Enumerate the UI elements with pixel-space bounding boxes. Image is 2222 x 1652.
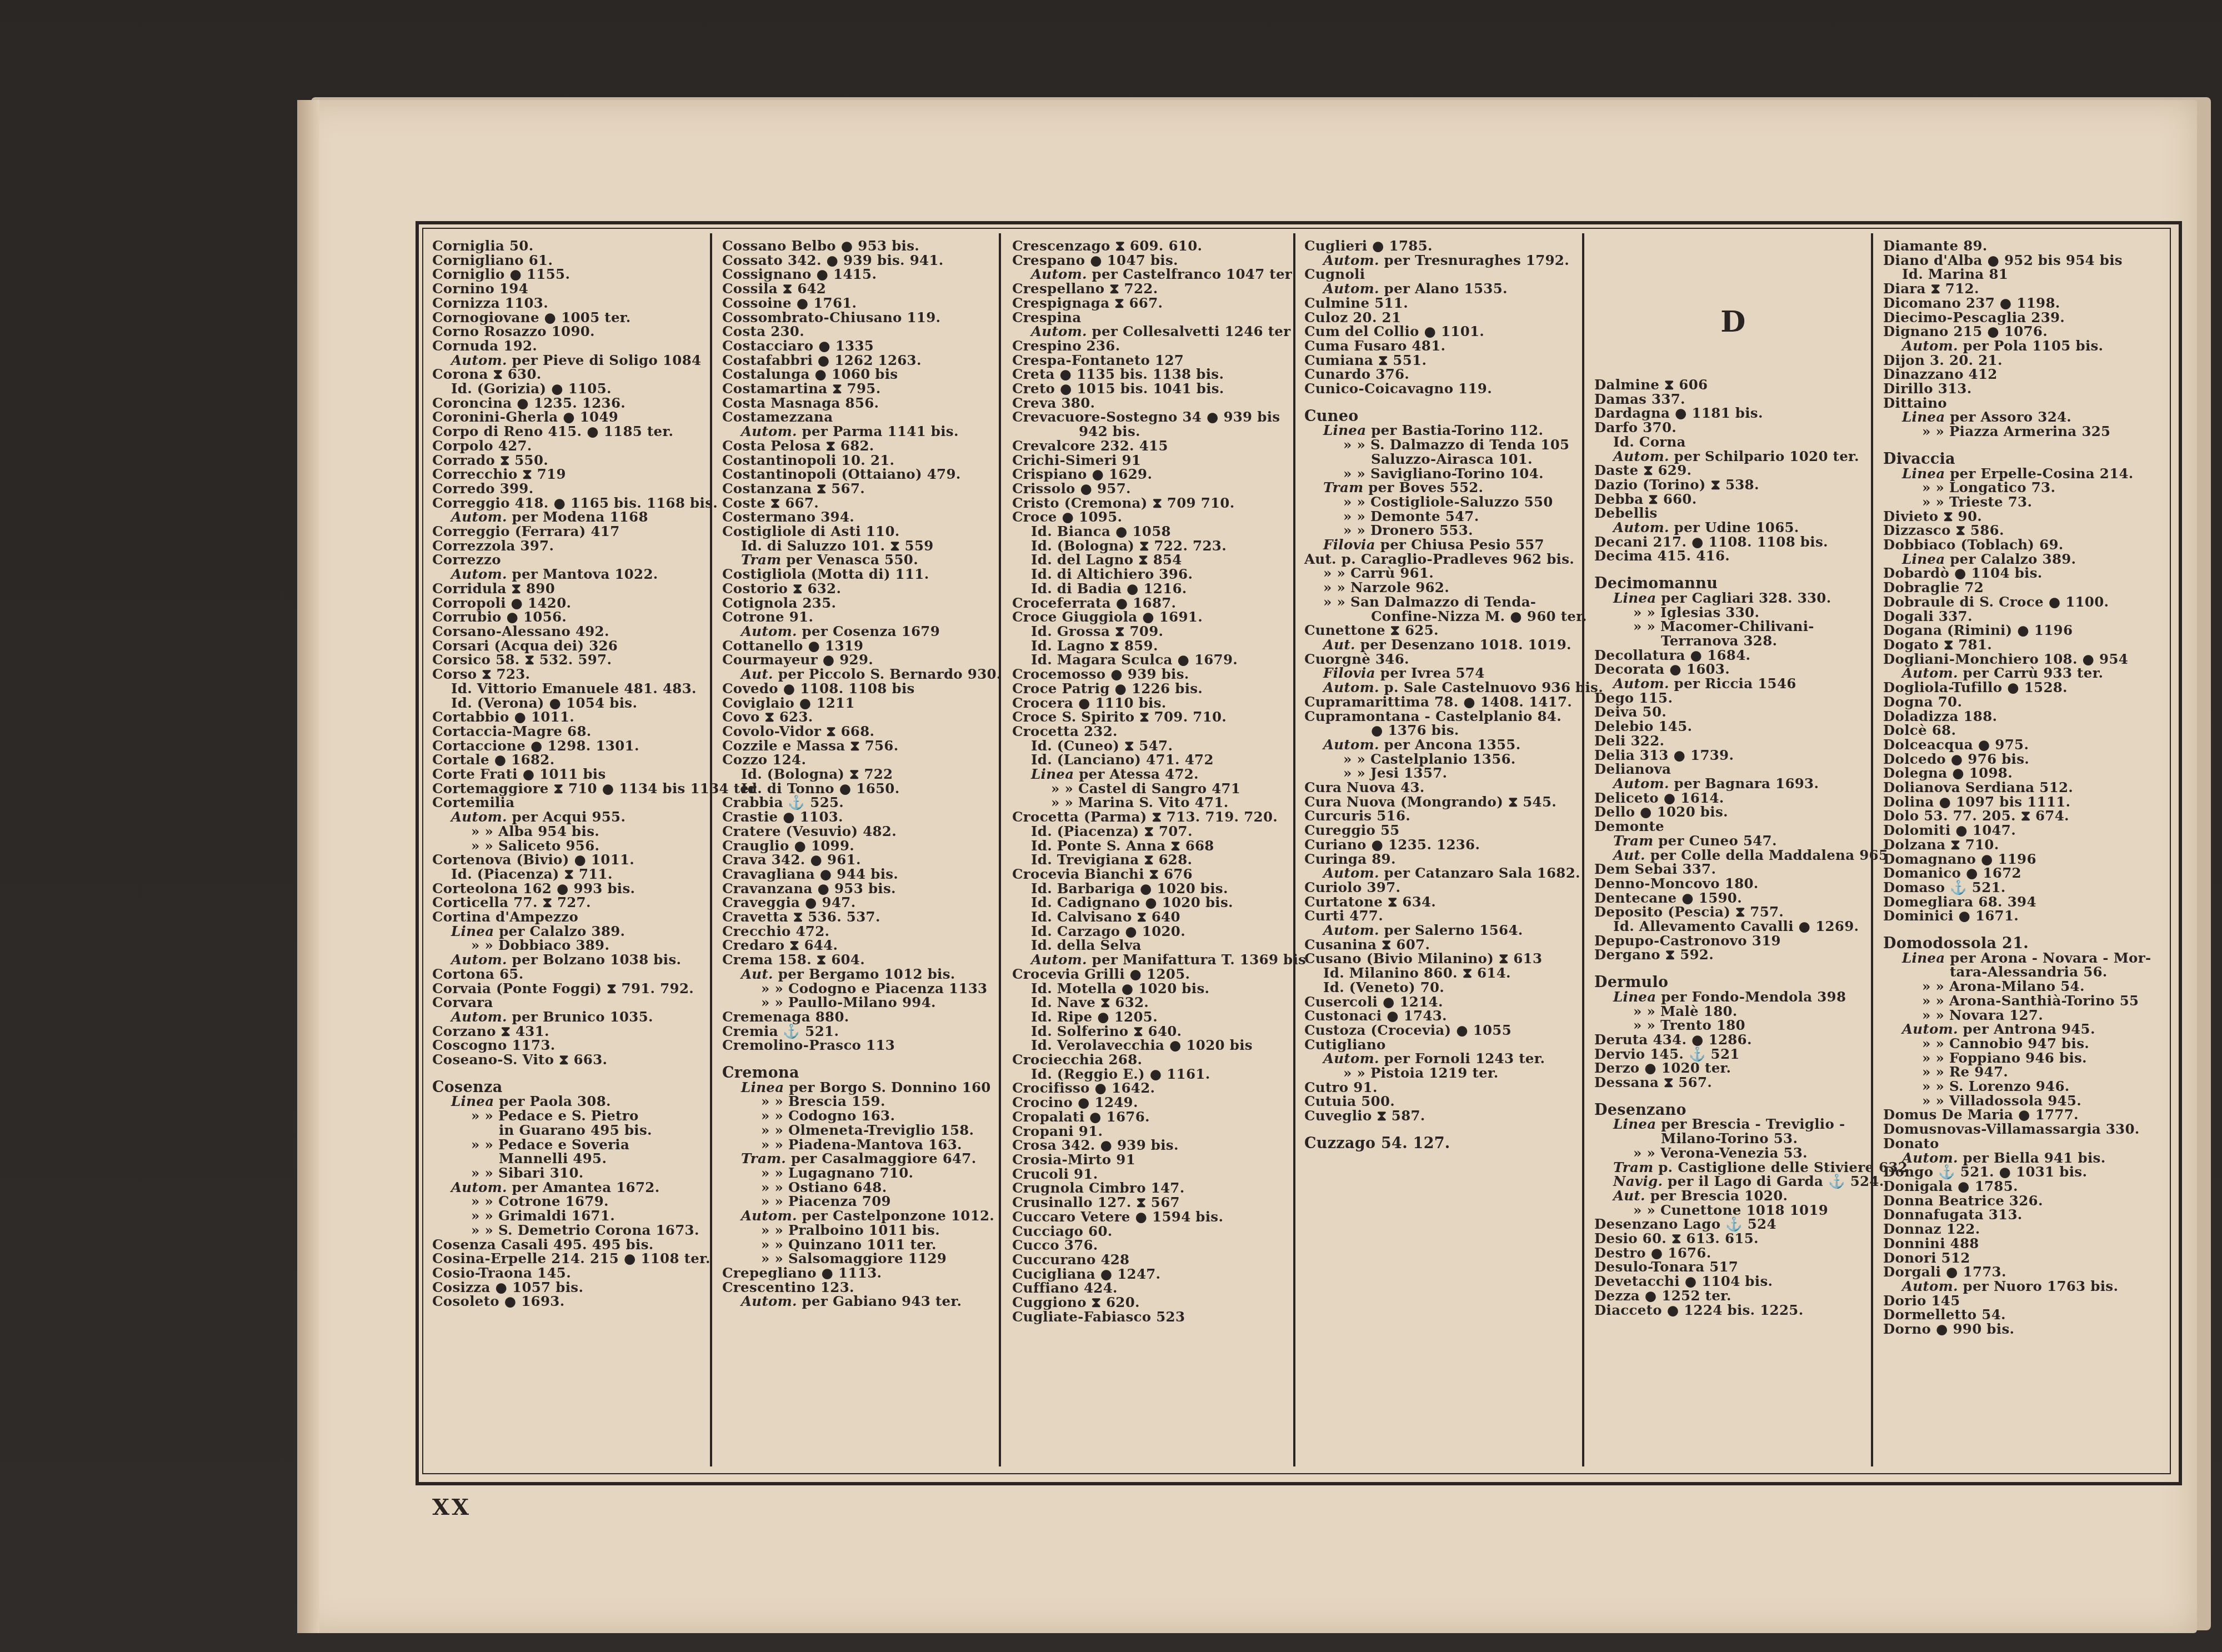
index-entry: Domusnovas-Villamassargia 330.	[1883, 1122, 2161, 1137]
transport-type-label: Tram	[1323, 479, 1363, 495]
index-entry: Crepegliano ● 1113.	[722, 1266, 1000, 1280]
index-continuation: 942 bis.	[1012, 424, 1290, 439]
index-entry: Crocetta 232.	[1012, 724, 1290, 739]
index-entry: Deruta 434. ● 1286.	[1594, 1033, 1872, 1047]
index-entry: Crucoli 91.	[1012, 1167, 1290, 1182]
index-subentry: » » Costigliole-Saluzzo 550	[1304, 495, 1582, 509]
index-subentry: Id. (Gorizia) ● 1105.	[432, 382, 710, 396]
index-entry: Dolcè 68.	[1883, 723, 2161, 738]
index-entry: Dijon 3. 20. 21.	[1883, 353, 2161, 368]
index-entry: Creta ● 1135 bis. 1138 bis.	[1012, 367, 1290, 382]
index-subentry: » » Cotrone 1679.	[432, 1194, 710, 1209]
section-heading: Dermulo	[1594, 975, 1872, 990]
transport-type-label: Autom.	[1613, 675, 1669, 692]
index-entry: Covedo ● 1108. 1108 bis	[722, 682, 1000, 696]
index-subentry: Id. Cadignano ● 1020 bis.	[1012, 895, 1290, 910]
index-entry: Covolo-Vidor ⧗ 668.	[722, 724, 1000, 739]
index-entry: Cortaccia-Magre 68.	[432, 724, 710, 739]
index-subentry: Autom. per Gabiano 943 ter.	[722, 1294, 1000, 1309]
transport-type-label: Autom.	[451, 1179, 507, 1195]
index-entry: Donigala ● 1785.	[1883, 1179, 2161, 1194]
index-entry: Denno-Moncovo 180.	[1594, 877, 1872, 891]
index-subentry: Autom. per Udine 1065.	[1594, 520, 1872, 535]
index-entry: Cutigliano	[1304, 1038, 1582, 1052]
index-entry: Corpo di Reno 415. ● 1185 ter.	[432, 424, 710, 439]
transport-type-label: Linea	[1323, 422, 1366, 438]
index-entry: Decollatura ● 1684.	[1594, 648, 1872, 663]
transport-type-label: Autom.	[1902, 338, 1958, 354]
index-entry: Cremolino-Prasco 113	[722, 1038, 1000, 1053]
index-entry: Cupramarittima 78. ● 1408. 1417.	[1304, 695, 1582, 709]
index-entry: Costantinopoli (Ottaiano) 479.	[722, 467, 1000, 482]
index-subentry: Linea per Calalzo 389.	[1883, 552, 2161, 567]
index-entry: Dentecane ● 1590.	[1594, 891, 1872, 905]
index-entry: Cum del Collio ● 1101.	[1304, 324, 1582, 339]
index-entry: Coste ⧗ 667.	[722, 496, 1000, 510]
index-entry: Crusinallo 127. ⧗ 567	[1012, 1195, 1290, 1210]
index-entry: Cottanello ● 1319	[722, 639, 1000, 653]
index-entry: Corropoli ● 1420.	[432, 596, 710, 610]
index-subentry: » » Savigliano-Torino 104.	[1304, 467, 1582, 481]
index-entry: Crocetta (Parma) ⧗ 713. 719. 720.	[1012, 810, 1290, 824]
index-entry: Crocevia Grilli ● 1205.	[1012, 967, 1290, 982]
index-entry: Custoza (Crocevia) ● 1055	[1304, 1023, 1582, 1038]
index-entry: Crecchio 472.	[722, 924, 1000, 939]
index-entry: Cozzo 124.	[722, 753, 1000, 767]
index-subentry: » » Cannobio 947 bis.	[1883, 1037, 2161, 1051]
index-entry: Dogana (Rimini) ● 1196	[1883, 623, 2161, 638]
transport-type-label: Autom.	[1323, 922, 1379, 938]
index-subentry: » » Saliceto 956.	[432, 839, 710, 853]
transport-type-label: Linea	[451, 1093, 494, 1109]
index-entry: Dogna 70.	[1883, 695, 2161, 709]
index-entry: Dizzasco ⧗ 586.	[1883, 523, 2161, 538]
index-subentry: Id. di Tonno ● 1650.	[722, 782, 1000, 796]
index-column-6: Diamante 89.Diano d'Alba ● 952 bis 954 b…	[1883, 239, 2161, 1461]
index-subentry: » » Marina S. Vito 471.	[1012, 795, 1290, 810]
index-subentry: Linea per Calalzo 389.	[432, 924, 710, 939]
index-entry: Cusano (Bivio Milanino) ⧗ 613	[1304, 952, 1582, 966]
transport-type-label: Tram.	[741, 1150, 786, 1167]
index-subentry: » » Jesi 1357.	[1304, 766, 1582, 780]
index-entry: Coscogno 1173.	[432, 1038, 710, 1053]
index-entry: Delebio 145.	[1594, 719, 1872, 734]
transport-type-label: Tram	[1613, 1159, 1653, 1175]
index-entry: Corno Rosazzo 1090.	[432, 324, 710, 339]
index-entry: Dego 115.	[1594, 691, 1872, 705]
index-subentry: » » Brescia 159.	[722, 1094, 1000, 1109]
index-entry: Costalunga ● 1060 bis	[722, 367, 1000, 382]
index-entry: Dobbiaco (Toblach) 69.	[1883, 538, 2161, 552]
transport-type-label: Aut.	[1613, 847, 1645, 863]
index-subentry: Autom. per Salerno 1564.	[1304, 923, 1582, 938]
index-entry: Cornigliano 61.	[432, 253, 710, 268]
index-entry: Domanico ● 1672	[1883, 866, 2161, 880]
index-subentry: Id. Nave ⧗ 632.	[1012, 995, 1290, 1010]
index-entry: Costa Masnaga 856.	[722, 396, 1000, 411]
index-entry: Corvaia (Ponte Foggi) ⧗ 791. 792.	[432, 982, 710, 996]
index-subentry: Autom. per Brunico 1035.	[432, 1010, 710, 1024]
index-entry: Dignano 215 ● 1076.	[1883, 324, 2161, 339]
index-subentry: Autom. per Schilpario 1020 ter.	[1594, 449, 1872, 464]
index-column-4: Cuglieri ● 1785.Autom. per Tresnuraghes …	[1304, 239, 1582, 1461]
index-entry: Desulo-Tonara 517	[1594, 1260, 1872, 1274]
index-entry: Corsari (Acqua dei) 326	[432, 639, 710, 653]
index-entry: Corte Frati ● 1011 bis	[432, 767, 710, 782]
index-entry: Cropalati ● 1676.	[1012, 1110, 1290, 1124]
index-entry: Diano d'Alba ● 952 bis 954 bis	[1883, 253, 2161, 268]
index-entry: Dicomano 237 ● 1198.	[1883, 296, 2161, 311]
index-subentry: » » Lugagnano 710.	[722, 1166, 1000, 1180]
transport-type-label: Autom.	[1323, 281, 1379, 297]
index-entry: Dobraglie 72	[1883, 580, 2161, 595]
index-subentry: » » Codogno 163.	[722, 1109, 1000, 1123]
transport-type-label: Autom.	[1902, 665, 1958, 681]
index-entry: Domus De Maria ● 1777.	[1883, 1108, 2161, 1122]
index-entry: Dessana ⧗ 567.	[1594, 1075, 1872, 1090]
index-subentry: Id. (Lanciano) 471. 472	[1012, 753, 1290, 767]
index-entry: Crauglio ● 1099.	[722, 839, 1000, 853]
index-entry: Cosina-Erpelle 214. 215 ● 1108 ter.	[432, 1251, 710, 1266]
index-entry: Costigliola (Motta di) 111.	[722, 567, 1000, 582]
index-entry: Cortenova (Bivio) ● 1011.	[432, 853, 710, 867]
index-subentry: Id. Grossa ⧗ 709.	[1012, 624, 1290, 639]
transport-type-label: Linea	[1031, 766, 1074, 782]
index-entry: Croce S. Spirito ⧗ 709. 710.	[1012, 710, 1290, 724]
index-subentry: » » Re 947.	[1883, 1065, 2161, 1079]
index-subentry: Aut. per Brescia 1020.	[1594, 1189, 1872, 1203]
transport-type-label: Autom.	[1031, 952, 1087, 968]
transport-type-label: Aut.	[741, 666, 773, 682]
section-heading: Decimomannu	[1594, 577, 1872, 591]
index-subentry: » » San Dalmazzo di Tenda-	[1304, 595, 1582, 609]
index-subentry: Id. della Selva	[1012, 938, 1290, 953]
index-entry: Creto ● 1015 bis. 1041 bis.	[1012, 382, 1290, 396]
index-entry: Cureggio 55	[1304, 823, 1582, 838]
index-entry: Dogato ⧗ 781.	[1883, 638, 2161, 652]
index-entry: Debellis	[1594, 506, 1872, 520]
index-entry: Destro ● 1676.	[1594, 1246, 1872, 1260]
index-entry: Cuma Fusaro 481.	[1304, 339, 1582, 353]
index-continuation: in Guarano 495 bis.	[432, 1123, 710, 1138]
index-entry: Covo ⧗ 623.	[722, 710, 1000, 724]
index-entry: Crespina	[1012, 311, 1290, 325]
index-subentry: » » Castel di Sangro 471	[1012, 782, 1290, 796]
section-heading: Desenzano	[1594, 1103, 1872, 1118]
index-entry: Cossombrato-Chiusano 119.	[722, 311, 1000, 325]
index-column-2: Cossano Belbo ● 953 bis.Cossato 342. ● 9…	[722, 239, 1000, 1461]
index-subentry: Autom. per Biella 941 bis.	[1883, 1151, 2161, 1165]
index-subentry: Filovia per Ivrea 574	[1304, 666, 1582, 680]
index-entry: Dalmine ⧗ 606	[1594, 378, 1872, 392]
index-entry: Corona ⧗ 630.	[432, 367, 710, 382]
index-entry: Custonaci ● 1743.	[1304, 1009, 1582, 1023]
index-entry: Cratere (Vesuvio) 482.	[722, 824, 1000, 839]
transport-type-label: Autom.	[1323, 737, 1379, 753]
index-entry: Dongo ⚓ 521. ● 1031 bis.	[1883, 1165, 2161, 1179]
index-entry: Decani 217. ● 1108. 1108 bis.	[1594, 535, 1872, 549]
index-entry: Costanzana ⧗ 567.	[722, 482, 1000, 496]
transport-type-label: Aut.	[1323, 637, 1355, 653]
index-subentry: Autom. per Bagnara 1693.	[1594, 777, 1872, 791]
transport-type-label: Autom.	[451, 952, 507, 968]
index-subentry: » » Arona-Santhià-Torino 55	[1883, 994, 2161, 1008]
index-subentry: » » Villadossola 945.	[1883, 1094, 2161, 1108]
index-subentry: Tram per Venasca 550.	[722, 553, 1000, 567]
index-entry: Dezza ● 1252 ter.	[1594, 1289, 1872, 1303]
index-entry: Cossignano ● 1415.	[722, 267, 1000, 282]
index-entry: Corzano ⧗ 431.	[432, 1024, 710, 1039]
index-entry: Croceferrata ● 1687.	[1012, 596, 1290, 610]
index-entry: Crastie ● 1103.	[722, 810, 1000, 824]
index-subentry: Aut. per Bergamo 1012 bis.	[722, 967, 1000, 982]
index-subentry: » » Verona-Venezia 53.	[1594, 1146, 1872, 1160]
index-entry: Cravanzana ● 953 bis.	[722, 882, 1000, 896]
index-subentry: » » Demonte 547.	[1304, 509, 1582, 524]
index-entry: Cravetta ⧗ 536. 537.	[722, 910, 1000, 924]
index-entry: Crespino 236.	[1012, 339, 1290, 353]
index-subentry: Tram. per Casalmaggiore 647.	[722, 1152, 1000, 1166]
index-entry: Cortabbio ● 1011.	[432, 710, 710, 724]
index-entry: Aut. p. Caraglio-Pradleves 962 bis.	[1304, 552, 1582, 567]
index-entry: Curti 477.	[1304, 909, 1582, 923]
section-heading: Cremona	[722, 1066, 1000, 1080]
index-entry: Crocera ● 1110 bis.	[1012, 696, 1290, 710]
index-entry: Crociecchia 268.	[1012, 1053, 1290, 1067]
index-entry: Dittaino	[1883, 396, 2161, 411]
index-subentry: Autom. per Castelponzone 1012.	[722, 1209, 1000, 1223]
index-subentry: » » Piazza Armerina 325	[1883, 424, 2161, 439]
index-subentry: » » S. Dalmazzo di Tenda 105	[1304, 438, 1582, 452]
index-entry: Crocino ● 1249.	[1012, 1095, 1290, 1110]
transport-type-label: Linea	[1613, 989, 1656, 1005]
index-entry: Cugnoli	[1304, 267, 1582, 282]
index-subentry: Autom. per Bolzano 1038 bis.	[432, 953, 710, 967]
index-entry: Costigliole di Asti 110.	[722, 524, 1000, 539]
index-subentry: Id. di Badia ● 1216.	[1012, 582, 1290, 596]
transport-type-label: Tram	[741, 552, 781, 568]
index-subentry: » » Piadena-Mantova 163.	[722, 1138, 1000, 1152]
index-subentry: Id. Ripe ● 1205.	[1012, 1010, 1290, 1024]
index-subentry: Linea per Fondo-Mendola 398	[1594, 990, 1872, 1004]
index-entry: Costermano 394.	[722, 510, 1000, 524]
index-entry: Correzzo	[432, 553, 710, 567]
index-entry: Dominici ● 1671.	[1883, 909, 2161, 923]
index-entry: Donnini 488	[1883, 1237, 2161, 1251]
index-subentry: Linea per Borgo S. Donnino 160	[722, 1080, 1000, 1095]
index-entry: Cortemaggiore ⧗ 710 ● 1134 bis 1134 ter	[432, 782, 710, 796]
index-entry: Cozzile e Massa ⧗ 756.	[722, 739, 1000, 753]
index-subentry: Autom. per Antrona 945.	[1883, 1022, 2161, 1037]
index-entry: Curcuris 516.	[1304, 809, 1582, 823]
index-entry: Cucigliana ● 1247.	[1012, 1267, 1290, 1281]
index-entry: Cossato 342. ● 939 bis. 941.	[722, 253, 1000, 268]
index-continuation: tara-Alessandria 56.	[1883, 965, 2161, 979]
index-entry: Crugnola Cimbro 147.	[1012, 1181, 1290, 1195]
index-subentry: Id. Barbariga ● 1020 bis.	[1012, 882, 1290, 896]
index-entry: Dardagna ● 1181 bis.	[1594, 406, 1872, 420]
index-entry: Cucciago 60.	[1012, 1224, 1290, 1239]
index-subentry: » » Piacenza 709	[722, 1194, 1000, 1209]
transport-type-label: Autom.	[451, 352, 507, 368]
index-entry: Dinazzano 412	[1883, 367, 2161, 382]
index-entry: Domaso ⚓ 521.	[1883, 880, 2161, 895]
index-entry: Crespignaga ⧗ 667.	[1012, 296, 1290, 311]
index-entry: Dazio (Torino) ⧗ 538.	[1594, 478, 1872, 492]
index-subentry: » » Castelplanio 1356.	[1304, 752, 1582, 767]
index-entry: Desenzano Lago ⚓ 524	[1594, 1217, 1872, 1232]
index-subentry: Tram per Cuneo 547.	[1594, 834, 1872, 848]
index-entry: Crespano ● 1047 bis.	[1012, 253, 1290, 268]
transport-type-label: Autom.	[1031, 266, 1087, 282]
index-entry: Crescentino 123.	[722, 1280, 1000, 1295]
index-subentry: Id. Allevamento Cavalli ● 1269.	[1594, 919, 1872, 934]
section-heading: Cosenza	[432, 1080, 710, 1095]
index-entry: Diara ⧗ 712.	[1883, 282, 2161, 296]
index-entry: Cotignola 235.	[722, 596, 1000, 610]
index-entry: Coviglaio ● 1211	[722, 696, 1000, 710]
index-entry: Dolegna ● 1098.	[1883, 766, 2161, 780]
index-subentry: » » Trento 180	[1594, 1018, 1872, 1033]
index-entry: Diacceto ● 1224 bis. 1225.	[1594, 1303, 1872, 1318]
index-entry: Dolianova Serdiana 512.	[1883, 780, 2161, 795]
index-entry: Crema 158. ⧗ 604.	[722, 953, 1000, 967]
transport-type-label: Autom.	[1323, 865, 1379, 881]
index-continuation: Confine-Nizza M. ● 960 ter.	[1304, 609, 1582, 624]
page-left-edge	[297, 100, 319, 1633]
index-entry: Corteolona 162 ● 993 bis.	[432, 882, 710, 896]
index-subentry: » » Pedace e S. Pietro	[432, 1109, 710, 1123]
index-entry: Delianova	[1594, 762, 1872, 777]
index-subentry: Linea per Paola 308.	[432, 1094, 710, 1109]
index-entry: Crescenzago ⧗ 609. 610.	[1012, 239, 1290, 253]
index-entry: Debba ⧗ 660.	[1594, 492, 1872, 507]
index-subentry: Navig. per il Lago di Garda ⚓ 524.	[1594, 1174, 1872, 1189]
index-entry: Corsico 58. ⧗ 532. 597.	[432, 653, 710, 667]
index-entry: Costacciaro ● 1335	[722, 339, 1000, 353]
index-entry: Cosizza ● 1057 bis.	[432, 1280, 710, 1295]
index-entry: Cotrone 91.	[722, 610, 1000, 624]
index-subentry: Aut. per Desenzano 1018. 1019.	[1304, 638, 1582, 652]
index-entry: Corvara	[432, 995, 710, 1010]
index-entry: Divieto ⧗ 90.	[1883, 509, 2161, 524]
transport-type-label: Autom.	[741, 423, 797, 439]
index-subentry: » » Longatico 73.	[1883, 480, 2161, 495]
index-entry: Donato	[1883, 1137, 2161, 1151]
transport-type-label: Linea	[1902, 950, 1945, 966]
index-subentry: Linea per Bastia-Torino 112.	[1304, 423, 1582, 438]
index-entry: Crichi-Simeri 91	[1012, 453, 1290, 468]
index-entry: Culoz 20. 21	[1304, 311, 1582, 325]
index-entry: Dormelletto 54.	[1883, 1308, 2161, 1322]
index-entry: Croce Giuggiola ● 1691.	[1012, 610, 1290, 624]
column-divider	[1582, 233, 1584, 1466]
index-subentry: Linea per Brescia - Treviglio -	[1594, 1117, 1872, 1132]
index-entry: Coronini-Gherla ● 1049	[432, 410, 710, 424]
index-entry: Dolina ● 1097 bis 1111.	[1883, 795, 2161, 809]
index-entry: Demonte	[1594, 819, 1872, 834]
index-subentry: Autom. per Carrù 933 ter.	[1883, 666, 2161, 680]
index-subentry: » » S. Lorenzo 946.	[1883, 1079, 2161, 1094]
index-entry: Dogliani-Monchiero 108. ● 954	[1883, 652, 2161, 667]
index-entry: Crava 342. ● 961.	[722, 853, 1000, 867]
index-subentry: » » Foppiano 946 bis.	[1883, 1051, 2161, 1065]
section-heading: Domodossola 21.	[1883, 937, 2161, 951]
index-subentry: Autom. per Castelfranco 1047 ter	[1012, 267, 1290, 282]
transport-type-label: Linea	[1613, 590, 1656, 606]
index-entry: Donnaz 122.	[1883, 1222, 2161, 1237]
index-entry: Cortemilia	[432, 795, 710, 810]
index-entry: Decorata ● 1603.	[1594, 662, 1872, 677]
transport-type-label: Filovia	[1323, 537, 1375, 553]
column-divider	[710, 233, 712, 1466]
index-entry: Cossila ⧗ 642	[722, 282, 1000, 296]
index-entry: Cremia ⚓ 521.	[722, 1024, 1000, 1039]
transport-type-label: Autom.	[1031, 323, 1087, 339]
index-entry: Cusanina ⧗ 607.	[1304, 938, 1582, 952]
index-entry: Cutro 91.	[1304, 1080, 1582, 1095]
index-subentry: » » Paullo-Milano 994.	[722, 995, 1000, 1010]
index-entry: Costa Pelosa ⧗ 682.	[722, 439, 1000, 453]
index-entry: Dobraule di S. Croce ● 1100.	[1883, 595, 2161, 609]
transport-type-label: Autom.	[1323, 679, 1379, 695]
index-continuation: Terranova 328.	[1594, 634, 1872, 648]
index-entry: Dervio 145. ⚓ 521	[1594, 1047, 1872, 1062]
index-entry: Cupramontana - Castelplanio 84.	[1304, 709, 1582, 724]
index-column-1: Corniglia 50.Cornigliano 61.Corniglio ● …	[432, 239, 710, 1461]
index-entry: Cossoine ● 1761.	[722, 296, 1000, 311]
index-entry: Cremenaga 880.	[722, 1010, 1000, 1024]
index-continuation: Saluzzo-Airasca 101.	[1304, 452, 1582, 467]
index-entry: Cortona 65.	[432, 967, 710, 982]
index-subentry: » » Malè 180.	[1594, 1004, 1872, 1019]
transport-type-label: Tram	[1613, 833, 1653, 849]
transport-type-label: Autom.	[1323, 1050, 1379, 1067]
index-subentry: Id. di Altichiero 396.	[1012, 567, 1290, 582]
index-entry: Cumiana ⧗ 551.	[1304, 353, 1582, 368]
index-entry: Dergano ⧗ 592.	[1594, 948, 1872, 962]
index-subentry: Autom. per Amantea 1672.	[432, 1180, 710, 1195]
index-subentry: Id. (Bologna) ⧗ 722	[722, 767, 1000, 782]
index-subentry: » » Macomer-Chilivani-	[1594, 619, 1872, 634]
index-continuation: ● 1376 bis.	[1304, 723, 1582, 738]
index-entry: Creva 380.	[1012, 396, 1290, 411]
index-entry: Dogliola-Tufillo ● 1528.	[1883, 680, 2161, 695]
transport-type-label: Linea	[741, 1079, 784, 1095]
index-subentry: Filovia per Chiusa Pesio 557	[1304, 538, 1582, 552]
index-entry: Curtatone ⧗ 634.	[1304, 895, 1582, 909]
index-subentry: » » Grimaldi 1671.	[432, 1209, 710, 1223]
transport-type-label: Aut.	[741, 966, 773, 982]
transport-type-label: Linea	[1902, 409, 1945, 425]
transport-type-label: Autom.	[741, 623, 797, 639]
transport-type-label: Autom.	[741, 1293, 797, 1309]
index-entry: Decima 415. 416.	[1594, 549, 1872, 563]
index-entry: Domagnano ● 1196	[1883, 852, 2161, 867]
index-subentry: Tram per Boves 552.	[1304, 480, 1582, 495]
index-subentry: Aut. per Colle della Maddalena 965	[1594, 848, 1872, 863]
index-subentry: » » Pistoia 1219 ter.	[1304, 1066, 1582, 1080]
index-entry: Curinga 89.	[1304, 852, 1582, 867]
index-entry: Cuccaro Vetere ● 1594 bis.	[1012, 1210, 1290, 1224]
index-entry: Cura Nuova (Mongrando) ⧗ 545.	[1304, 795, 1582, 809]
index-entry: Coseano-S. Vito ⧗ 663.	[432, 1053, 710, 1067]
index-entry: Dolcedo ● 976 bis.	[1883, 752, 2161, 767]
index-entry: Corsano-Alessano 492.	[432, 624, 710, 639]
index-entry: Deposito (Pescia) ⧗ 757.	[1594, 905, 1872, 919]
index-subentry: Id. Corna	[1594, 435, 1872, 449]
index-entry: Crocevia Bianchi ⧗ 676	[1012, 867, 1290, 882]
